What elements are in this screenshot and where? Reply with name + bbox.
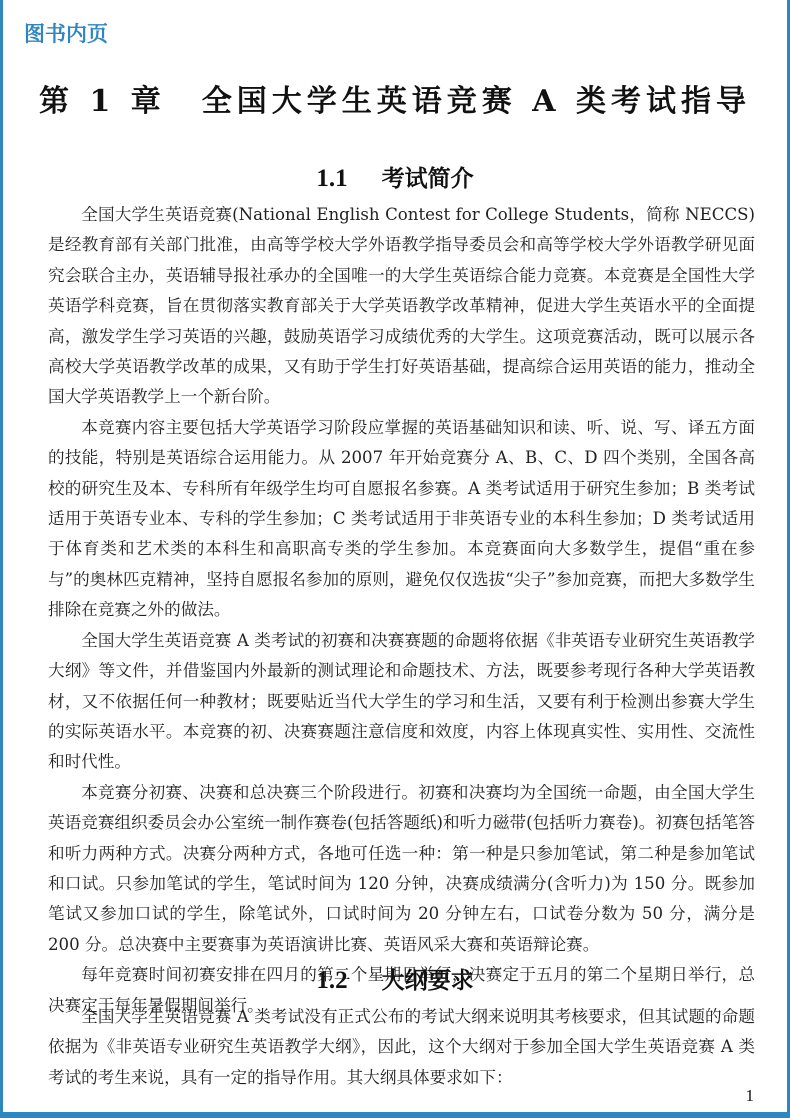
section-title: 大纲要求 [382, 968, 474, 994]
chapter-number: 第 1 章 [39, 84, 166, 119]
page-number: 1 [746, 1086, 755, 1106]
chapter-heading: 第 1 章全国大学生英语竞赛 A 类考试指导 [0, 76, 790, 120]
section-1-1-body: 全国大学生英语竞赛(National English Contest for C… [48, 200, 755, 1021]
paragraph: 全国大学生英语竞赛(National English Contest for C… [48, 200, 755, 413]
section-heading-1-1: 1.1考试简介 [0, 160, 790, 193]
section-number: 1.2 [316, 967, 347, 994]
paragraph: 本竞赛分初赛、决赛和总决赛三个阶段进行。初赛和决赛均为全国统一命题，由全国大学生… [48, 778, 755, 960]
chapter-title: 全国大学生英语竞赛 A 类考试指导 [202, 84, 751, 119]
paragraph: 全国大学生英语竞赛 A 类考试没有正式公布的考试大纲来说明其考核要求，但其试题的… [48, 1002, 755, 1093]
book-page-label: 图书内页 [24, 18, 108, 48]
paragraph: 本竞赛内容主要包括大学英语学习阶段应掌握的英语基础知识和读、听、说、写、译五方面… [48, 413, 755, 626]
section-1-2-body: 全国大学生英语竞赛 A 类考试没有正式公布的考试大纲来说明其考核要求，但其试题的… [48, 1002, 755, 1093]
section-heading-1-2: 1.2大纲要求 [0, 962, 790, 995]
section-title: 考试简介 [382, 166, 474, 192]
paragraph: 全国大学生英语竞赛 A 类考试的初赛和决赛赛题的命题将依据《非英语专业研究生英语… [48, 626, 755, 778]
section-number: 1.1 [316, 165, 347, 192]
